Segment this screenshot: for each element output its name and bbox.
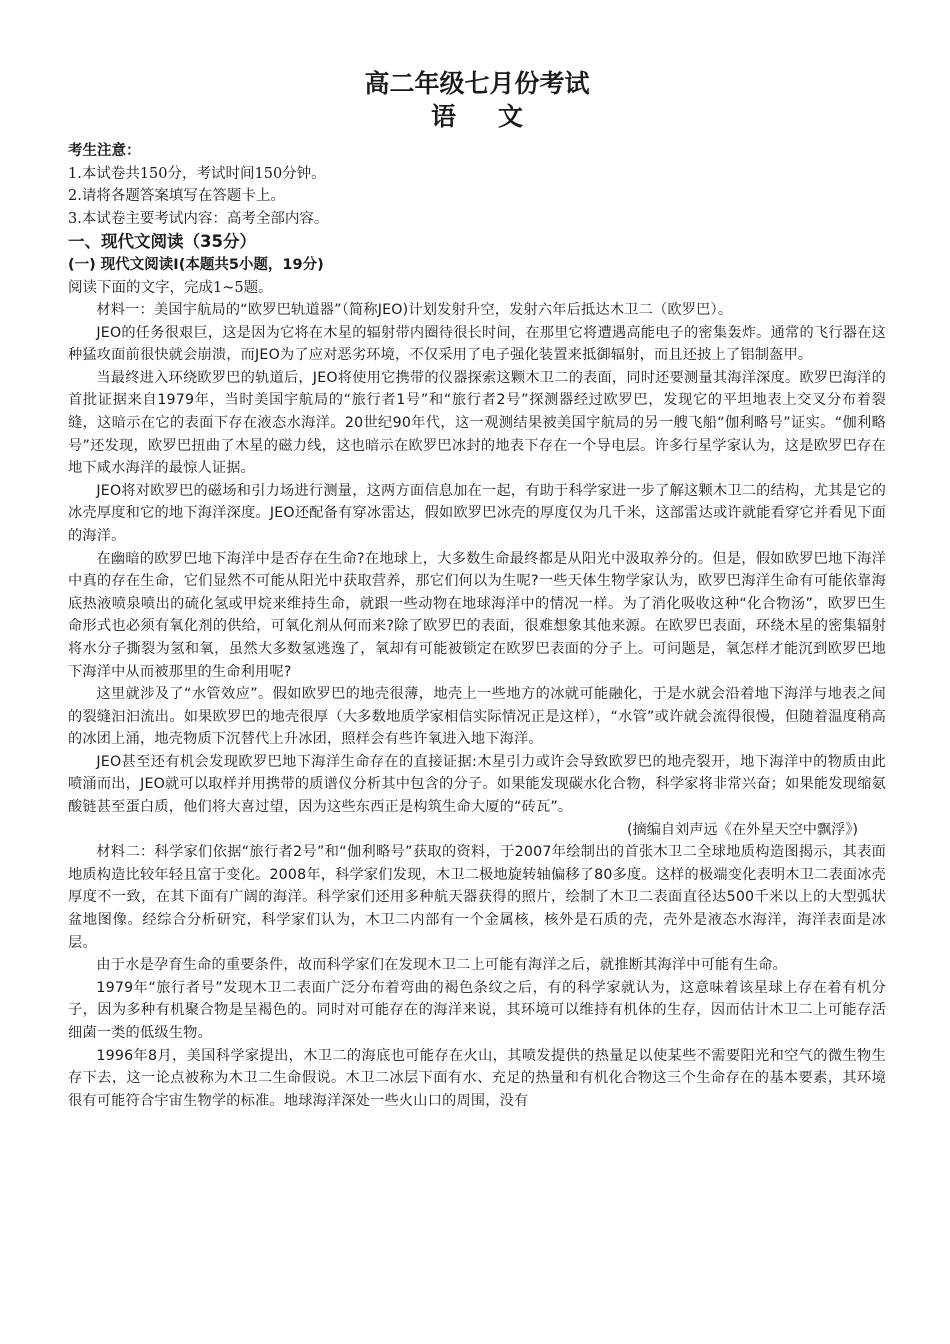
- notice-heading: 考生注意：: [68, 140, 886, 163]
- notice-item: 1.本试卷共150分，考试时间150分钟。: [68, 163, 886, 186]
- paragraph: 在幽暗的欧罗巴地下海洋中是否存在生命?在地球上，大多数生命最终都是从阳光中汲取养…: [68, 548, 886, 684]
- exam-page: 高二年级七月份考试 语文 考生注意： 1.本试卷共150分，考试时间150分钟。…: [68, 68, 886, 1112]
- paragraph: 1996年8月，美国科学家提出，木卫二的海底也可能存在火山，其喷发提供的热量足以…: [68, 1045, 886, 1113]
- section-heading: 一、现代文阅读（35分）: [68, 230, 886, 254]
- paragraph: JEO甚至还有机会发现欧罗巴地下海洋生命存在的直接证据:木星引力或许会导致欧罗巴…: [68, 751, 886, 819]
- material-two: 材料二：科学家们依据“旅行者2号”和“伽利略号”获取的资料，于2007年绘制出的…: [68, 841, 886, 1112]
- subsection-heading: (一) 现代文阅读Ⅰ(本题共5小题，19分): [68, 254, 886, 277]
- reading-instruction: 阅读下面的文字，完成1~5题。: [68, 277, 886, 300]
- paragraph: 当最终进入环绕欧罗巴的轨道后，JEO将使用它携带的仪器探索这颗木卫二的表面，同时…: [68, 367, 886, 480]
- paragraph: 这里就涉及了“水管效应”。假如欧罗巴的地壳很薄，地壳上一些地方的冰就可能融化，于…: [68, 683, 886, 751]
- source-citation: (摘编自刘声远《在外星天空中飘浮》): [68, 819, 886, 842]
- notice-item: 2.请将各题答案填写在答题卡上。: [68, 185, 886, 208]
- subject-char-1: 语: [431, 100, 456, 134]
- subject-title: 语文: [68, 100, 886, 134]
- paragraph: 材料二：科学家们依据“旅行者2号”和“伽利略号”获取的资料，于2007年绘制出的…: [68, 841, 886, 954]
- subject-char-2: 文: [498, 100, 523, 134]
- paragraph: 材料一：美国宇航局的“欧罗巴轨道器”（简称JEO)计划发射升空，发射六年后抵达木…: [68, 299, 886, 322]
- paragraph: JEO的任务很艰巨，这是因为它将在木星的辐射带内圈待很长时间，在那里它将遭遇高能…: [68, 322, 886, 367]
- paragraph: 由于水是孕育生命的重要条件，故而科学家们在发现木卫二上可能有海洋之后，就推断其海…: [68, 954, 886, 977]
- paragraph: 1979年“旅行者号”发现木卫二表面广泛分布着弯曲的褐色条纹之后，有的科学家就认…: [68, 977, 886, 1045]
- candidate-notice: 考生注意： 1.本试卷共150分，考试时间150分钟。 2.请将各题答案填写在答…: [68, 140, 886, 230]
- exam-title: 高二年级七月份考试: [68, 68, 886, 100]
- material-one: 材料一：美国宇航局的“欧罗巴轨道器”（简称JEO)计划发射升空，发射六年后抵达木…: [68, 299, 886, 841]
- notice-item: 3.本试卷主要考试内容：高考全部内容。: [68, 208, 886, 231]
- paragraph: JEO将对欧罗巴的磁场和引力场进行测量，这两方面信息加在一起，有助于科学家进一步…: [68, 480, 886, 548]
